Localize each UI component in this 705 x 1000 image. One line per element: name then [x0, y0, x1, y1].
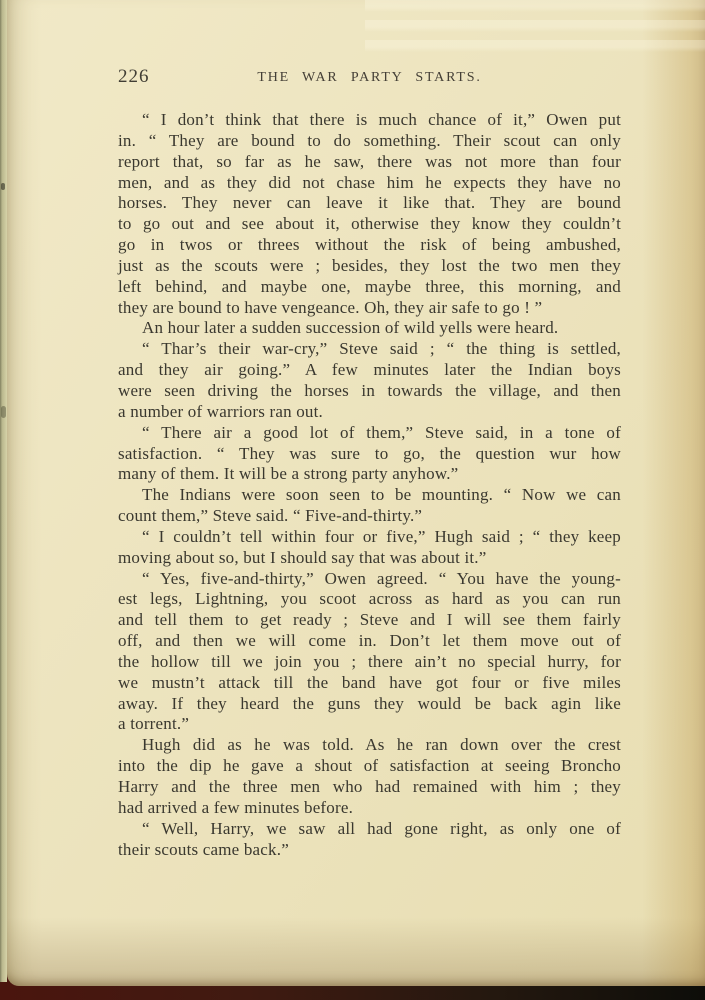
text-line: their scouts came back.”	[118, 840, 621, 861]
text-line: and they air going.” A few minutes later…	[118, 360, 621, 381]
text-line: Hugh did as he was told. As he ran down …	[118, 735, 621, 756]
text-line: go in twos or threes without the risk of…	[118, 235, 621, 256]
text-line: away. If they heard the guns they would …	[118, 694, 621, 715]
text-line: moving about so, but I should say that w…	[118, 548, 621, 569]
text-line: left behind, and maybe one, maybe three,…	[118, 277, 621, 298]
text-line: est legs, Lightning, you scoot across as…	[118, 589, 621, 610]
text-line: “ Thar’s their war-cry,” Steve said ; “ …	[118, 339, 621, 360]
text-line: “ There air a good lot of them,” Steve s…	[118, 423, 621, 444]
text-line: The Indians were soon seen to be mountin…	[118, 485, 621, 506]
text-line: just as the scouts were ; besides, they …	[118, 256, 621, 277]
paragraph: “ Yes, five-and-thirty,” Owen agreed. “ …	[118, 569, 621, 736]
paragraph: The Indians were soon seen to be mountin…	[118, 485, 621, 527]
text-line: horses. They never can leave it like tha…	[118, 193, 621, 214]
text-line: were seen driving the horses in towards …	[118, 381, 621, 402]
text-line: in. “ They are bound to do something. Th…	[118, 131, 621, 152]
text-line: and tell them to get ready ; Steve and I…	[118, 610, 621, 631]
text-block: “ I don’t think that there is much chanc…	[118, 110, 621, 860]
paragraph: “ I couldn’t tell within four or five,” …	[118, 527, 621, 569]
text-line: to go out and see about it, otherwise th…	[118, 214, 621, 235]
text-line: men, and as they did not chase him he ex…	[118, 173, 621, 194]
text-line: “ I couldn’t tell within four or five,” …	[118, 527, 621, 548]
text-line: “ Well, Harry, we saw all had gone right…	[118, 819, 621, 840]
text-line: An hour later a sudden succession of wil…	[118, 318, 621, 339]
paragraph: “ Well, Harry, we saw all had gone right…	[118, 819, 621, 861]
paragraph: “ I don’t think that there is much chanc…	[118, 110, 621, 318]
paper-page: 226 THE WAR PARTY STARTS. “ I don’t thin…	[7, 0, 705, 986]
paragraph: Hugh did as he was told. As he ran down …	[118, 735, 621, 818]
page-content: 226 THE WAR PARTY STARTS. “ I don’t thin…	[118, 0, 621, 860]
text-line: had arrived a few minutes before.	[118, 798, 621, 819]
text-line: “ Yes, five-and-thirty,” Owen agreed. “ …	[118, 569, 621, 590]
text-line: a number of warriors ran out.	[118, 402, 621, 423]
scanned-book-page: 226 THE WAR PARTY STARTS. “ I don’t thin…	[0, 0, 705, 1000]
running-title: THE WAR PARTY STARTS.	[118, 70, 621, 86]
text-line: satisfaction. “ They was sure to go, the…	[118, 444, 621, 465]
text-line: many of them. It will be a strong party …	[118, 464, 621, 485]
text-line: count them,” Steve said. “ Five-and-thir…	[118, 506, 621, 527]
text-line: into the dip he gave a shout of satisfac…	[118, 756, 621, 777]
text-line: they are bound to have vengeance. Oh, th…	[118, 298, 621, 319]
paragraph: “ Thar’s their war-cry,” Steve said ; “ …	[118, 339, 621, 422]
text-line: “ I don’t think that there is much chanc…	[118, 110, 621, 131]
text-line: Harry and the three men who had remained…	[118, 777, 621, 798]
text-line: a torrent.”	[118, 714, 621, 735]
book-spine-edge	[0, 0, 7, 982]
text-line: we mustn’t attack till the band have got…	[118, 673, 621, 694]
paragraph: “ There air a good lot of them,” Steve s…	[118, 423, 621, 486]
running-header: 226 THE WAR PARTY STARTS.	[118, 66, 621, 90]
text-line: off, and then we will come in. Don’t let…	[118, 631, 621, 652]
text-line: report that, so far as he saw, there was…	[118, 152, 621, 173]
paragraph: An hour later a sudden succession of wil…	[118, 318, 621, 339]
text-line: the hollow till we join you ; there ain’…	[118, 652, 621, 673]
